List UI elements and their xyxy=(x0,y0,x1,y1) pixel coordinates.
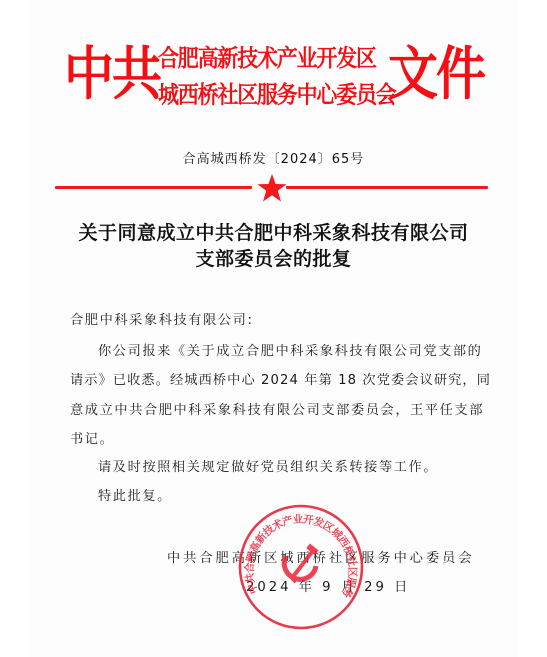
document-number: 合高城西桥发〔2024〕65号 xyxy=(0,148,547,167)
header-left-title: 中共 xyxy=(64,30,160,117)
header-right-title: 文件 xyxy=(388,30,484,117)
body-line: 你公司报来《关于成立合肥中科采象科技有限公司党支部的 xyxy=(98,340,482,359)
divider-left xyxy=(55,186,252,189)
seal-text: 中共合肥高新技术产业开发区城西桥社区服务中心委员会 xyxy=(236,504,359,601)
header-issuer-line2: 城西桥社区服务中心委员会 xyxy=(158,77,396,114)
document-title-line1: 关于同意成立中共合肥中科采象科技有限公司 xyxy=(0,218,547,245)
body-line: 特此批复。 xyxy=(98,485,172,504)
document-title-line2: 支部委员会的批复 xyxy=(0,244,547,271)
party-emblem-icon xyxy=(284,544,318,582)
body-line: 请示》已收悉。经城西桥中心 2024 年第 18 次党委会议研究，同 xyxy=(70,369,491,388)
body-line: 请及时按照相关规定做好党员组织关系转接等工作。 xyxy=(98,456,438,475)
salutation: 合肥中科采象科技有限公司: xyxy=(70,309,254,328)
header-issuer-line1: 合肥高新技术产业开发区 xyxy=(158,40,396,77)
star-icon xyxy=(257,174,287,202)
body-line: 书记。 xyxy=(70,428,114,447)
body-line: 意成立中共合肥中科采象科技有限公司支部委员会，王平任支部 xyxy=(70,399,484,418)
header-issuer: 合肥高新技术产业开发区 城西桥社区服务中心委员会 xyxy=(158,40,396,114)
document-header: 中共 合肥高新技术产业开发区 城西桥社区服务中心委员会 文件 xyxy=(64,36,484,112)
official-seal: 中共合肥高新技术产业开发区城西桥社区服务中心委员会 xyxy=(236,504,366,632)
divider-right xyxy=(286,186,488,189)
svg-text:中共合肥高新技术产业开发区城西桥社区服务中心委员会: 中共合肥高新技术产业开发区城西桥社区服务中心委员会 xyxy=(236,504,359,601)
